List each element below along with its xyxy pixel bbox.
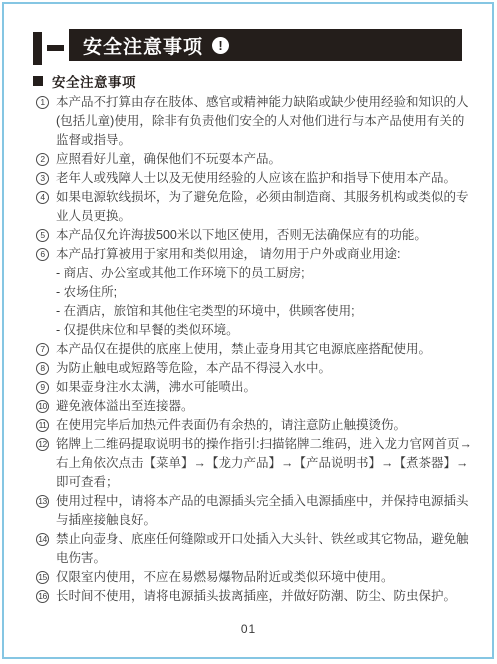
- item-text: 铭牌上二维码提取说明书的操作指引:扫描铭牌二维码，进入龙力官网首页→右上角依次点…: [56, 435, 473, 492]
- list-item: 7本产品仅在提供的底座上使用，禁止壶身用其它电源底座搭配使用。: [36, 340, 473, 359]
- item-text: 长时间不使用，请将电源插头拔离插座，并做好防潮、防尘、防虫保护。: [56, 587, 473, 606]
- section-header: 一 安全注意事项 !: [33, 29, 462, 65]
- item-number: 8: [36, 362, 49, 375]
- item-number: 4: [36, 191, 49, 204]
- list-item: 15仅限室内使用，不应在易燃易爆物品附近或类似环境中使用。: [36, 568, 473, 587]
- item-text: 老年人或残障人士以及无使用经验的人应该在监护和指导下使用本产品。: [56, 169, 473, 188]
- list-item: 16长时间不使用，请将电源插头拔离插座，并做好防潮、防尘、防虫保护。: [36, 587, 473, 606]
- sub-item: - 农场住所;: [56, 283, 473, 302]
- item-number: 16: [36, 590, 49, 603]
- item-text: 避免液体溢出至连接器。: [56, 397, 473, 416]
- item-text: 本产品打算被用于家用和类似用途， 请勿用于户外或商业用途:- 商店、办公室或其他…: [56, 245, 473, 340]
- section-title: 安全注意事项: [83, 32, 203, 59]
- header-left-bar: [33, 32, 42, 65]
- item-text: 为防止触电或短路等危险，本产品不得浸入水中。: [56, 359, 473, 378]
- list-item: 1本产品不打算由存在肢体、感官或精神能力缺陷或缺少使用经验和知识的人(包括儿童)…: [36, 93, 473, 150]
- item-text: 在使用完毕后加热元件表面仍有余热的，请注意防止触摸烫伤。: [56, 416, 473, 435]
- list-item: 12铭牌上二维码提取说明书的操作指引:扫描铭牌二维码，进入龙力官网首页→右上角依…: [36, 435, 473, 492]
- list-item: 3老年人或残障人士以及无使用经验的人应该在监护和指导下使用本产品。: [36, 169, 473, 188]
- list-item: 9如果壶身注水太满，沸水可能喷出。: [36, 378, 473, 397]
- sub-item: - 仅提供床位和早餐的类似环境。: [56, 321, 473, 340]
- item-text: 如果壶身注水太满，沸水可能喷出。: [56, 378, 473, 397]
- list-item: 8为防止触电或短路等危险，本产品不得浸入水中。: [36, 359, 473, 378]
- list-item: 11在使用完毕后加热元件表面仍有余热的，请注意防止触摸烫伤。: [36, 416, 473, 435]
- list-item: 6本产品打算被用于家用和类似用途， 请勿用于户外或商业用途:- 商店、办公室或其…: [36, 245, 473, 340]
- item-number: 6: [36, 248, 49, 261]
- page-number: 01: [0, 622, 497, 636]
- list-item: 10避免液体溢出至连接器。: [36, 397, 473, 416]
- item-text: 本产品仅允许海拔500米以下地区使用，否则无法确保应有的功能。: [56, 226, 473, 245]
- list-item: 4如果电源软线损坏，为了避免危险，必须由制造商、其服务机构或类似的专业人员更换。: [36, 188, 473, 226]
- section-numeral: 一: [47, 45, 64, 51]
- item-text: 使用过程中，请将本产品的电源插头完全插入电源插座中，并保持电源插头与插座接触良好…: [56, 492, 473, 530]
- item-number: 15: [36, 571, 49, 584]
- subsection-heading: 安全注意事项: [33, 71, 136, 91]
- item-text: 本产品不打算由存在肢体、感官或精神能力缺陷或缺少使用经验和知识的人(包括儿童)使…: [56, 93, 473, 150]
- item-number: 9: [36, 381, 49, 394]
- item-number: 10: [36, 400, 49, 413]
- list-item: 2应照看好儿童，确保他们不玩耍本产品。: [36, 150, 473, 169]
- list-item: 13使用过程中，请将本产品的电源插头完全插入电源插座中，并保持电源插头与插座接触…: [36, 492, 473, 530]
- section-title-box: 安全注意事项 !: [69, 29, 462, 61]
- item-number: 11: [36, 419, 49, 432]
- exclamation-icon: !: [212, 37, 229, 54]
- sub-item: - 在酒店，旅馆和其他住宅类型的环境中，供顾客使用;: [56, 302, 473, 321]
- safety-list: 1本产品不打算由存在肢体、感官或精神能力缺陷或缺少使用经验和知识的人(包括儿童)…: [36, 93, 473, 606]
- sub-item: - 商店、办公室或其他工作环境下的员工厨房;: [56, 264, 473, 283]
- item-text: 如果电源软线损坏，为了避免危险，必须由制造商、其服务机构或类似的专业人员更换。: [56, 188, 473, 226]
- list-item: 5本产品仅允许海拔500米以下地区使用，否则无法确保应有的功能。: [36, 226, 473, 245]
- list-item: 14禁止向壶身、底座任何缝隙或开口处插入大头针、铁丝或其它物品，避免触电伤害。: [36, 530, 473, 568]
- item-text: 应照看好儿童，确保他们不玩耍本产品。: [56, 150, 473, 169]
- item-text: 禁止向壶身、底座任何缝隙或开口处插入大头针、铁丝或其它物品，避免触电伤害。: [56, 530, 473, 568]
- item-text: 仅限室内使用，不应在易燃易爆物品附近或类似环境中使用。: [56, 568, 473, 587]
- item-number: 3: [36, 172, 49, 185]
- item-number: 7: [36, 343, 49, 356]
- manual-page: 一 安全注意事项 ! 安全注意事项 1本产品不打算由存在肢体、感官或精神能力缺陷…: [0, 0, 497, 664]
- item-number: 2: [36, 153, 49, 166]
- item-number: 1: [36, 96, 49, 109]
- item-number: 13: [36, 495, 49, 508]
- subsection-title: 安全注意事项: [52, 71, 136, 91]
- item-text: 本产品仅在提供的底座上使用，禁止壶身用其它电源底座搭配使用。: [56, 340, 473, 359]
- square-bullet-icon: [33, 76, 43, 86]
- item-number: 14: [36, 533, 49, 546]
- item-number: 12: [36, 438, 49, 451]
- item-number: 5: [36, 229, 49, 242]
